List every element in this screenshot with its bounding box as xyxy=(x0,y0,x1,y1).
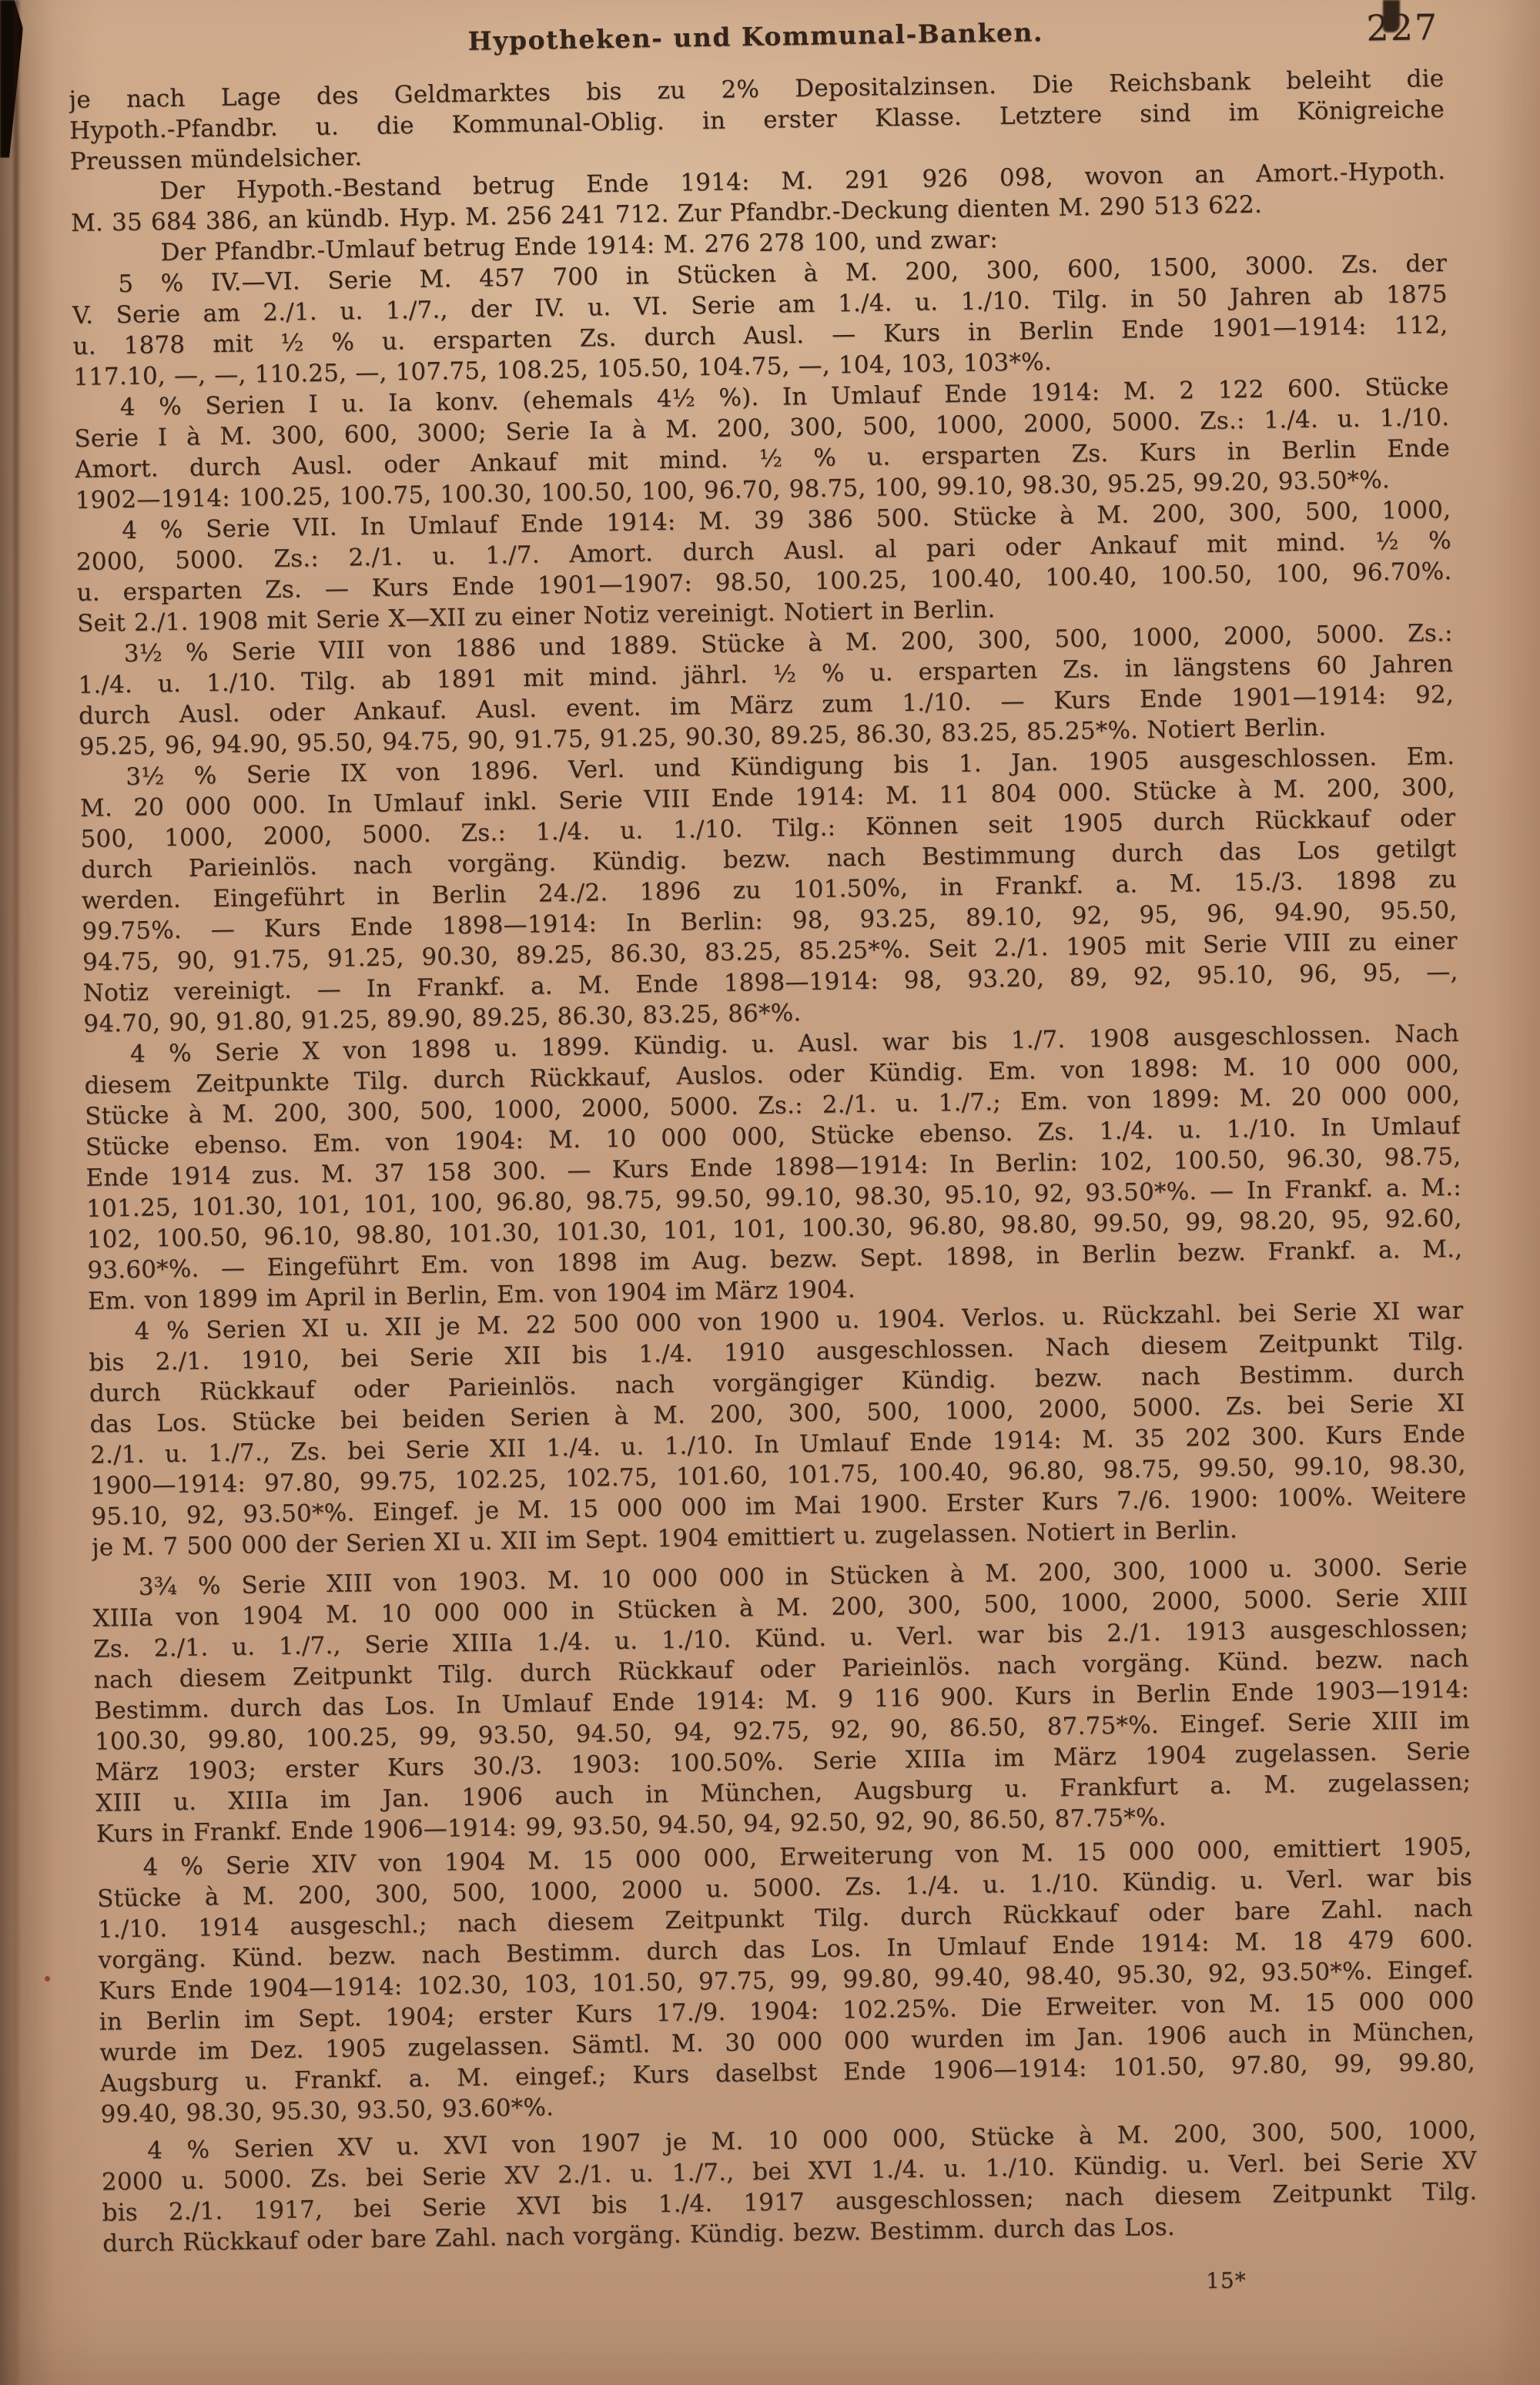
paragraph: 4 % Serien XV u. XVI von 1907 je M. 10 0… xyxy=(101,2115,1478,2259)
paragraph: 4 % Serien XI u. XII je M. 22 500 000 vo… xyxy=(88,1295,1467,1563)
paragraph: 3½ % Serie VIII von 1886 und 1889. Stück… xyxy=(78,618,1455,762)
scanned-book-page: Hypotheken- und Kommunal-Banken. 227 je … xyxy=(0,0,1540,2385)
paragraph: 4 % Serie X von 1898 u. 1899. Kündig. u.… xyxy=(84,1018,1463,1317)
printers-signature: 15* xyxy=(1206,2267,1247,2293)
book-gutter-crease xyxy=(14,0,18,2385)
paragraph: 5 % IV.—VI. Serie M. 457 700 in Stücken … xyxy=(72,248,1448,393)
paragraph: 4 % Serien I u. Ia konv. (ehemals 4½ %).… xyxy=(73,371,1450,516)
paragraph: 3½ % Serie IX von 1896. Verl. und Kündig… xyxy=(79,741,1458,1040)
body-text: je nach Lage des Geldmarktes bis zu 2% D… xyxy=(69,63,1478,2259)
page-number: 227 xyxy=(1366,6,1439,49)
running-head-title: Hypotheken- und Kommunal-Banken. xyxy=(68,9,1443,65)
paragraph: 4 % Serie XIV von 1904 M. 15 000 000, Er… xyxy=(96,1831,1475,2130)
paragraph: 4 % Serie VII. In Umlauf Ende 1914: M. 3… xyxy=(75,494,1452,639)
scan-dark-corner-top-left xyxy=(0,0,23,158)
page-content: Hypotheken- und Kommunal-Banken. 227 je … xyxy=(68,9,1478,2259)
paper-speck xyxy=(45,1976,50,1981)
paragraph: 3¾ % Serie XIII von 1903. M. 10 000 000 … xyxy=(92,1551,1471,1850)
